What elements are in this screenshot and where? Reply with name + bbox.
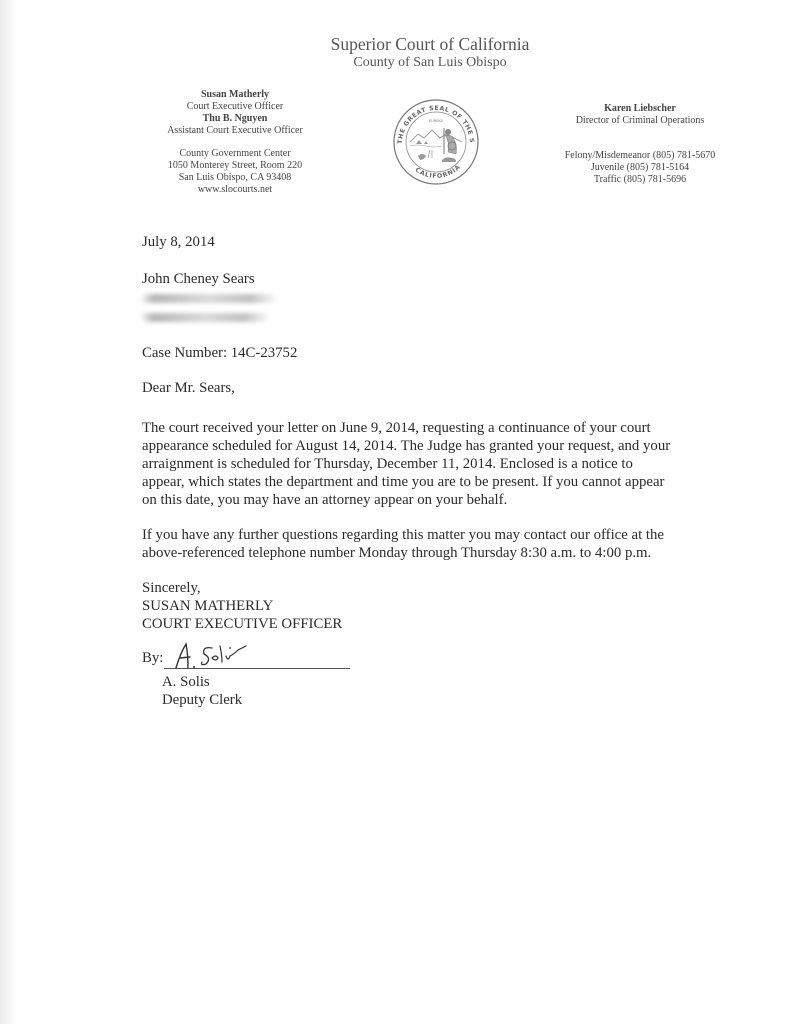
great-seal-of-california-icon: THE GREAT SEAL OF THE STATE OF CALIFORNI… bbox=[388, 98, 484, 186]
website: www.slocourts.net bbox=[150, 184, 320, 196]
by-label: By: bbox=[142, 650, 163, 667]
letter-date: July 8, 2014 bbox=[142, 233, 742, 251]
salutation: Dear Mr. Sears, bbox=[142, 379, 742, 397]
officer1-title: Court Executive Officer bbox=[150, 101, 320, 113]
director-name: Karen Liebscher bbox=[540, 103, 740, 115]
paragraph-line: above-referenced telephone number Monday… bbox=[142, 544, 742, 562]
signer-block: A. Solis Deputy Clerk bbox=[162, 673, 242, 709]
signer-title: Deputy Clerk bbox=[162, 691, 242, 709]
closing-title: COURT EXECUTIVE OFFICER bbox=[142, 615, 742, 633]
paragraph-line: appear, which states the department and … bbox=[142, 473, 742, 491]
paragraph-line: on this date, you may have an attorney a… bbox=[142, 491, 742, 509]
recipient-name: John Cheney Sears bbox=[142, 270, 742, 288]
letterhead-right-block: Karen Liebscher Director of Criminal Ope… bbox=[540, 103, 740, 186]
director-title: Director of Criminal Operations bbox=[540, 115, 740, 127]
address-line2: 1050 Monterey Street, Room 220 bbox=[150, 160, 320, 172]
letterhead-left-block: Susan Matherly Court Executive Officer T… bbox=[150, 89, 320, 196]
case-number: Case Number: 14C-23752 bbox=[142, 344, 742, 362]
court-title: Superior Court of California bbox=[300, 34, 560, 54]
paragraph-line: The court received your letter on June 9… bbox=[142, 419, 742, 437]
body-paragraph-2: If you have any further questions regard… bbox=[142, 526, 742, 562]
paragraph-line: appearance scheduled for August 14, 2014… bbox=[142, 437, 742, 455]
redacted-address-line2 bbox=[140, 313, 270, 322]
svg-text:EUREKA: EUREKA bbox=[429, 119, 444, 123]
officer2-title: Assistant Court Executive Officer bbox=[150, 125, 320, 137]
paragraph-line: arraignment is scheduled for Thursday, D… bbox=[142, 455, 742, 473]
officer2-name: Thu B. Nguyen bbox=[150, 113, 320, 125]
redacted-address-line1 bbox=[140, 294, 278, 303]
closing-block: Sincerely, SUSAN MATHERLY COURT EXECUTIV… bbox=[142, 579, 742, 633]
scan-edge-shadow bbox=[0, 0, 18, 1024]
closing: Sincerely, bbox=[142, 579, 742, 597]
officer1-name: Susan Matherly bbox=[150, 89, 320, 101]
handwritten-signature: A. Solis bbox=[172, 640, 262, 672]
signer-name: A. Solis bbox=[162, 673, 242, 691]
phone-traffic: Traffic (805) 781-5696 bbox=[540, 174, 740, 186]
phone-juvenile: Juvenile (805) 781-5164 bbox=[540, 162, 740, 174]
closing-name: SUSAN MATHERLY bbox=[142, 597, 742, 615]
body-paragraph-1: The court received your letter on June 9… bbox=[142, 419, 742, 509]
paragraph-line: If you have any further questions regard… bbox=[142, 526, 742, 544]
address-line3: San Luis Obispo, CA 93408 bbox=[150, 172, 320, 184]
phone-felony: Felony/Misdemeanor (805) 781-5670 bbox=[540, 150, 740, 162]
address-line1: County Government Center bbox=[150, 148, 320, 160]
court-subtitle: County of San Luis Obispo bbox=[300, 55, 560, 71]
